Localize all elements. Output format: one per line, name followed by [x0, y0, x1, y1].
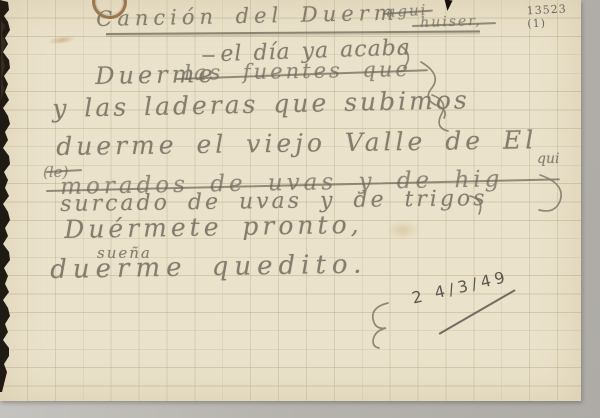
- torn-edge: [0, 0, 13, 396]
- archive-number: 13523 (1): [526, 2, 581, 31]
- ink-mark: [443, 0, 452, 11]
- manuscript-page: 13523 (1) Canción del Duerm agui huiser,…: [0, 0, 581, 401]
- handwritten-line: duerme quedito.: [50, 249, 368, 285]
- smudge-stain: [48, 34, 77, 46]
- manuscript-title: Canción del Duerm: [96, 1, 399, 31]
- handwritten-small-suffix: qui: [537, 151, 559, 167]
- handwritten-line: Duérmete pronto,: [64, 210, 363, 244]
- paper-stain: [386, 220, 420, 240]
- title-underline: [106, 30, 480, 35]
- handwritten-line: y las laderas que subimos: [52, 85, 470, 123]
- handwritten-line: duerme el viejo Valle de El: [56, 125, 537, 161]
- scanner-background: 13523 (1) Canción del Duerm agui huiser,…: [0, 0, 600, 418]
